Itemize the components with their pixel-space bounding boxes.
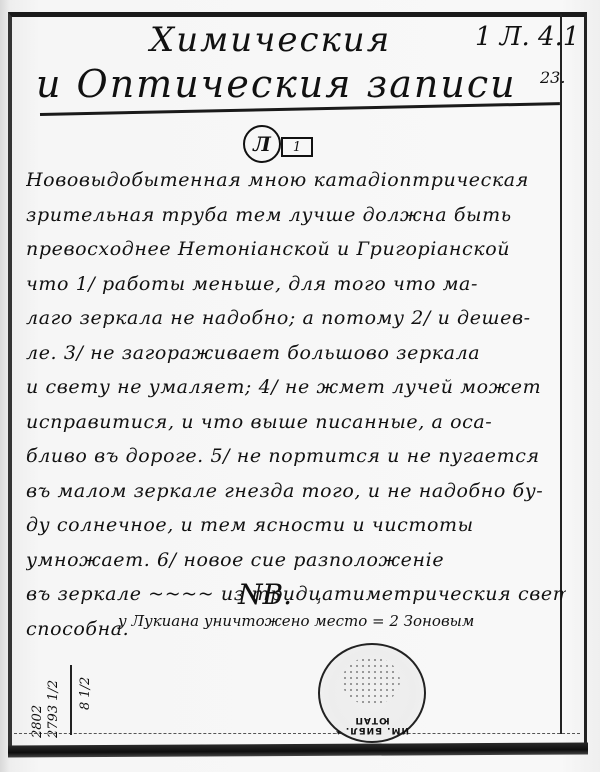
body-line: умножает. 6/ новое сие разположеніе xyxy=(26,543,566,578)
footer-note: у Лукиана уничтожено место = 2 Зоновым xyxy=(118,612,474,630)
body-line: Нововыдобытенная мною катадіоптрическая xyxy=(26,163,566,198)
body-line: въ малом зеркале гнезда того, и не надоб… xyxy=(26,474,566,509)
manuscript-body: Нововыдобытенная мною катадіоптрическая … xyxy=(26,163,566,646)
margin-number: 2793 1/2 xyxy=(46,680,61,738)
body-line: и свету не умаляет; 4/ не жмет лучей мож… xyxy=(26,370,566,405)
section-number-box: 1 xyxy=(281,137,313,157)
nota-bene-mark: NB. xyxy=(238,578,292,611)
body-line: ле. 3/ не загораживает большово зеркала xyxy=(26,336,566,371)
body-line: въ зеркале ~~~~ из тридцатиметрическия с… xyxy=(26,577,566,612)
body-line: зрительная труба тем лучше должна быть xyxy=(26,198,566,233)
stamp-text: ИМ. БИБЛ. * ЮТАП xyxy=(330,715,414,735)
body-line: исправитися, и что выше писанные, а оса- xyxy=(26,405,566,440)
library-stamp-icon: ИМ. БИБЛ. * ЮТАП xyxy=(318,643,426,743)
body-line: превосходнее Нетоніанской и Григоріанско… xyxy=(26,232,566,267)
title-line-2: и Оптическия записи xyxy=(36,62,517,106)
margin-number: 2802 xyxy=(30,705,45,738)
manuscript-page: Химическия и Оптическия записи 1 Л. 4.1 … xyxy=(0,0,600,772)
stamp-eagle-emblem xyxy=(342,657,400,705)
margin-calculation: 2802 2793 1/2 8 1/2 xyxy=(30,660,90,740)
bottom-inner-rule xyxy=(14,733,580,735)
reference-mark: 1 Л. 4.1 xyxy=(475,22,579,52)
page-bottom-edge xyxy=(8,742,588,757)
margin-number: 8 1/2 xyxy=(78,677,93,710)
section-number-circle: Л xyxy=(243,125,281,163)
title-line-1: Химическия xyxy=(150,20,391,60)
body-line: лаго зеркала не надобно; а потому 2/ и д… xyxy=(26,301,566,336)
body-line: что 1/ работы меньше, для того что ма- xyxy=(26,267,566,302)
body-line: ду солнечное, и тем ясности и чистоты xyxy=(26,508,566,543)
margin-divider-line xyxy=(70,665,72,735)
page-number: 23. xyxy=(540,68,565,87)
body-line: бливо въ дороге. 5/ не портится и не пуг… xyxy=(26,439,566,474)
